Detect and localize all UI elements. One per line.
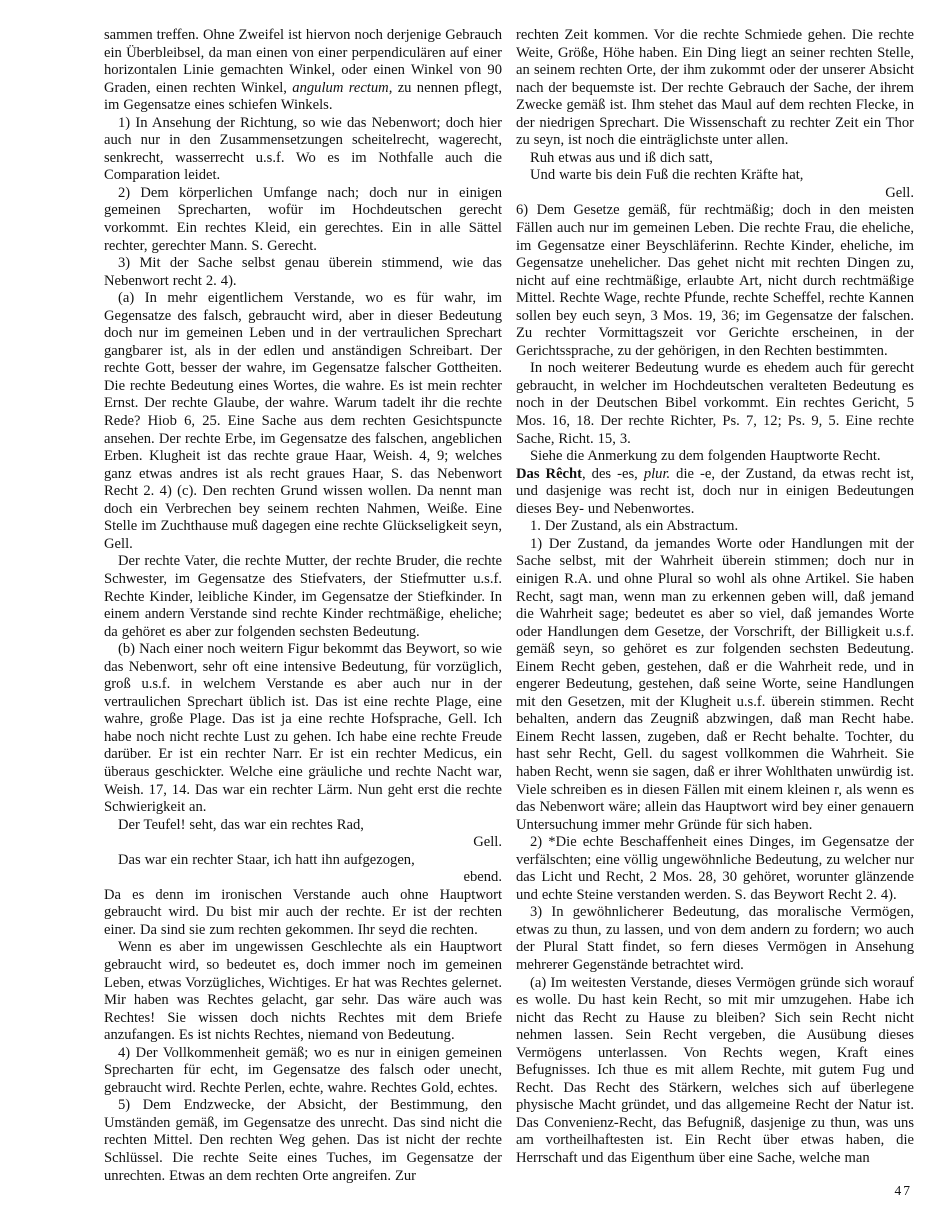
text-run: angulum rectum, — [292, 80, 392, 96]
paragraph: ebend. — [104, 869, 502, 887]
paragraph: Der Teufel! seht, das war ein rechtes Ra… — [104, 817, 502, 835]
text-run: Wenn es aber im ungewissen Geschlechte a… — [104, 939, 502, 1043]
text-run: Gell. — [473, 834, 502, 850]
text-run: Und warte bis dein Fuß die rechten Kräft… — [530, 167, 803, 183]
text-run: rechten Zeit kommen. Vor die rechte Schm… — [516, 27, 914, 148]
text-run: ebend. — [464, 869, 503, 885]
text-run: 3) In gewöhnlicherer Bedeutung, das mora… — [516, 904, 914, 973]
text-run: (a) Im weitesten Verstande, dieses Vermö… — [516, 975, 914, 1166]
text-run: 6) Dem Gesetze gemäß, für rechtmäßig; do… — [516, 202, 914, 358]
paragraph: (b) Nach einer noch weitern Figur bekomm… — [104, 641, 502, 816]
text-run: Der Teufel! seht, das war ein rechtes Ra… — [118, 817, 364, 833]
paragraph: Wenn es aber im ungewissen Geschlechte a… — [104, 939, 502, 1044]
paragraph: Siehe die Anmerkung zu dem folgenden Hau… — [516, 448, 914, 466]
page-number: 47 — [895, 1183, 913, 1199]
paragraph: Das war ein rechter Staar, ich hatt ihn … — [104, 852, 502, 870]
paragraph: In noch weiterer Bedeutung wurde es ehed… — [516, 360, 914, 448]
text-run: Gell. — [885, 185, 914, 201]
paragraph: 2) Dem körperlichen Umfange nach; doch n… — [104, 185, 502, 255]
paragraph: 5) Dem Endzwecke, der Absicht, der Besti… — [104, 1097, 502, 1185]
column-left: sammen treffen. Ohne Zweifel ist hiervon… — [104, 27, 502, 1185]
column-right: rechten Zeit kommen. Vor die rechte Schm… — [516, 27, 914, 1185]
paragraph: 1) Der Zustand, da jemandes Worte oder H… — [516, 536, 914, 834]
paragraph: 4) Der Vollkommenheit gemäß; wo es nur i… — [104, 1045, 502, 1098]
paragraph: Ruh etwas aus und iß dich satt, — [516, 150, 914, 168]
text-run: Ruh etwas aus und iß dich satt, — [530, 150, 713, 166]
paragraph: Das Rêcht, des -es, plur. die -e, der Zu… — [516, 466, 914, 519]
text-run: 2) *Die echte Beschaffenheit eines Dinge… — [516, 834, 914, 903]
paragraph: 3) Mit der Sache selbst genau überein st… — [104, 255, 502, 290]
paragraph: Und warte bis dein Fuß die rechten Kräft… — [516, 167, 914, 185]
paragraph: (a) In mehr eigentlichem Verstande, wo e… — [104, 290, 502, 553]
paragraph: 2) *Die echte Beschaffenheit eines Dinge… — [516, 834, 914, 904]
paragraph: 3) In gewöhnlicherer Bedeutung, das mora… — [516, 904, 914, 974]
text-run: Der rechte Vater, die rechte Mutter, der… — [104, 553, 502, 639]
paragraph: Gell. — [516, 185, 914, 203]
paragraph: Gell. — [104, 834, 502, 852]
paragraph: Da es denn im ironischen Verstande auch … — [104, 887, 502, 940]
paragraph: 1. Der Zustand, als ein Abstractum. — [516, 518, 914, 536]
text-run: (b) Nach einer noch weitern Figur bekomm… — [104, 641, 502, 815]
text-run: Das Rêcht — [516, 466, 582, 482]
text-columns: sammen treffen. Ohne Zweifel ist hiervon… — [104, 27, 914, 1185]
paragraph: Der rechte Vater, die rechte Mutter, der… — [104, 553, 502, 641]
text-run: 5) Dem Endzwecke, der Absicht, der Besti… — [104, 1097, 502, 1183]
text-run: 1) In Ansehung der Richtung, so wie das … — [104, 115, 502, 184]
paragraph: sammen treffen. Ohne Zweifel ist hiervon… — [104, 27, 502, 115]
text-run: 1) Der Zustand, da jemandes Worte oder H… — [516, 536, 914, 833]
text-run: 3) Mit der Sache selbst genau überein st… — [104, 255, 502, 289]
paragraph: 6) Dem Gesetze gemäß, für rechtmäßig; do… — [516, 202, 914, 360]
text-run: , des -es, — [582, 466, 644, 482]
text-run: Das war ein rechter Staar, ich hatt ihn … — [118, 852, 415, 868]
text-run: In noch weiterer Bedeutung wurde es ehed… — [516, 360, 914, 446]
text-run: 2) Dem körperlichen Umfange nach; doch n… — [104, 185, 502, 254]
text-run: Siehe die Anmerkung zu dem folgenden Hau… — [530, 448, 881, 464]
text-run: plur. — [644, 466, 670, 482]
text-run: Da es denn im ironischen Verstande auch … — [104, 887, 502, 938]
text-run: 1. Der Zustand, als ein Abstractum. — [530, 518, 738, 534]
paragraph: 1) In Ansehung der Richtung, so wie das … — [104, 115, 502, 185]
dictionary-page: sammen treffen. Ohne Zweifel ist hiervon… — [0, 0, 935, 1210]
text-run: (a) In mehr eigentlichem Verstande, wo e… — [104, 290, 502, 552]
paragraph: rechten Zeit kommen. Vor die rechte Schm… — [516, 27, 914, 150]
text-run: 4) Der Vollkommenheit gemäß; wo es nur i… — [104, 1045, 502, 1096]
paragraph: (a) Im weitesten Verstande, dieses Vermö… — [516, 975, 914, 1168]
